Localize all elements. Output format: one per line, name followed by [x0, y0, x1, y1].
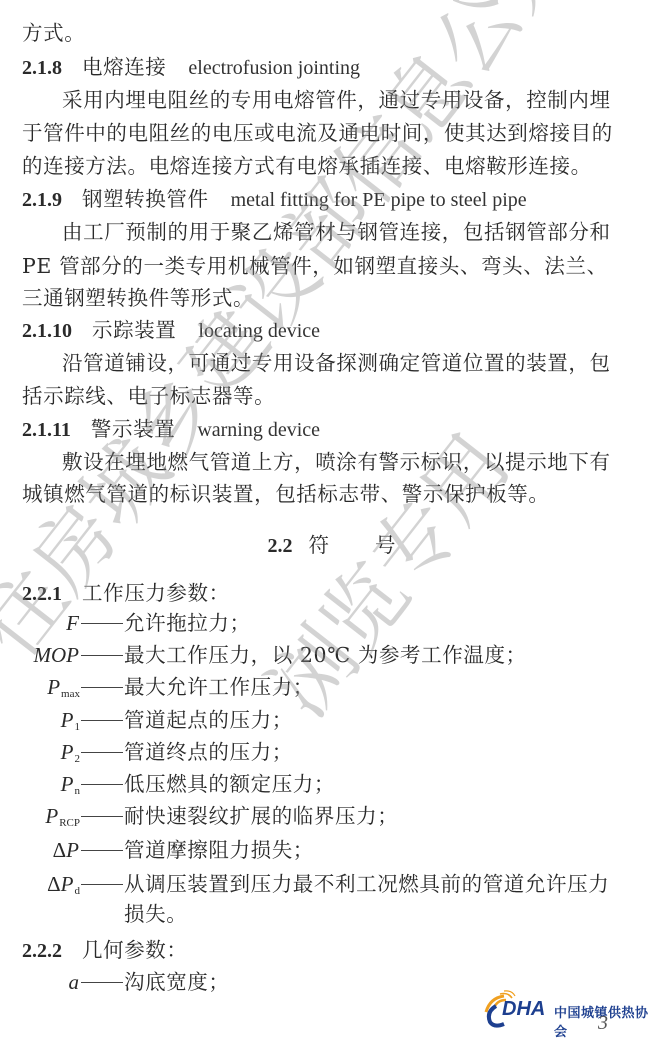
symbol: Pmax: [47, 674, 80, 707]
clause-body-line: 括示踪线、电子标志器等。: [22, 383, 275, 409]
clause-term-en: electrofusion jointing: [188, 57, 360, 79]
symbol-row-continuation: 损失。: [0, 901, 663, 927]
clause-term-en: warning device: [197, 419, 320, 441]
symbol-description: 最大允许工作压力；: [124, 674, 314, 700]
clause-heading-2-1-9: 2.1.9钢塑转换管件metal fitting for PE pipe to …: [22, 186, 527, 213]
symbol-description: 从调压装置到压力最不利工况燃具前的管道允许压力: [124, 871, 609, 897]
em-dash: [81, 720, 123, 721]
symbol-row: F 允许拖拉力；: [0, 610, 663, 636]
symbol-row: ΔPd 从调压装置到压力最不利工况燃具前的管道允许压力: [0, 871, 663, 897]
symbol-description-continuation: 损失。: [124, 901, 187, 927]
clause-heading-2-1-10: 2.1.10示踪装置locating device: [22, 317, 320, 344]
clause-body-line: 于管件中的电阻丝的电压或电流及通电时间，使其达到熔接目的: [22, 120, 613, 146]
section-title-char: 符: [309, 533, 330, 557]
clause-body-line: 三通钢塑转换件等形式。: [22, 285, 254, 311]
clause-term-zh: 示踪装置: [92, 318, 176, 342]
logo-abbreviation: DHA: [502, 998, 545, 1021]
symbol: MOP: [34, 642, 81, 675]
symbol-row: Pmax 最大允许工作压力；: [0, 674, 663, 700]
symbol: P1: [61, 707, 80, 740]
em-dash: [81, 687, 123, 688]
subsection-number: 2.2.1: [22, 583, 62, 605]
clause-term-en: metal fitting for PE pipe to steel pipe: [231, 189, 527, 211]
em-dash: [81, 850, 123, 851]
symbol-row: PRCP 耐快速裂纹扩展的临界压力；: [0, 803, 663, 829]
page-number: 3: [598, 1012, 608, 1035]
section-title: 2.2符号: [0, 528, 663, 558]
symbol-row: P2 管道终点的压力；: [0, 739, 663, 765]
symbol-row: MOP 最大工作压力，以 20℃ 为参考工作温度；: [0, 642, 663, 668]
clause-number: 2.1.8: [22, 57, 62, 79]
symbol: ΔP: [53, 837, 80, 870]
symbol-description: 管道起点的压力；: [124, 707, 293, 733]
clause-term-zh: 电熔连接: [82, 55, 166, 79]
section-number: 2.2: [268, 535, 293, 557]
clause-body-line: 敷设在埋地燃气管道上方，喷涂有警示标识，以提示地下有: [62, 449, 611, 475]
document-page: 方式。 2.1.8电熔连接electrofusion jointing 采用内埋…: [0, 0, 663, 1039]
clause-body-line: 由工厂预制的用于聚乙烯管材与钢管连接，包括钢管部分和: [62, 219, 611, 245]
symbol: a: [69, 969, 81, 1002]
clause-body-line: 城镇燃气管道的标识装置，包括标志带、警示保护板等。: [22, 481, 550, 507]
symbol-description: 耐快速裂纹扩展的临界压力；: [124, 803, 398, 829]
symbol-row: P1 管道起点的压力；: [0, 707, 663, 733]
clause-heading-2-1-11: 2.1.11警示装置warning device: [22, 416, 320, 443]
clause-term-zh: 警示装置: [91, 417, 175, 441]
subsection-title: 工作压力参数：: [82, 581, 230, 605]
symbol-description: 管道终点的压力；: [124, 739, 293, 765]
clause-body-line: 采用内埋电阻丝的专用电熔管件，通过专用设备，控制内埋: [62, 87, 611, 113]
clause-term-zh: 钢塑转换管件: [82, 187, 209, 211]
symbol: PRCP: [45, 803, 80, 836]
symbol-description: 允许拖拉力；: [124, 610, 251, 636]
em-dash: [81, 623, 123, 624]
symbol: F: [66, 610, 80, 643]
clause-number: 2.1.9: [22, 189, 62, 211]
clause-number: 2.1.10: [22, 320, 72, 342]
symbol-description: 沟底宽度；: [124, 969, 230, 995]
subsection-heading-2-2-2: 2.2.2几何参数：: [22, 937, 188, 964]
clause-body-line: 沿管道铺设，可通过专用设备探测确定管道位置的装置，包: [62, 350, 611, 376]
symbol-description: 管道摩擦阻力损失；: [124, 837, 314, 863]
em-dash: [81, 816, 123, 817]
symbol: P2: [61, 739, 80, 772]
clause-heading-2-1-8: 2.1.8电熔连接electrofusion jointing: [22, 54, 360, 81]
em-dash: [81, 784, 123, 785]
symbol-row: Pn 低压燃具的额定压力；: [0, 771, 663, 797]
em-dash: [81, 982, 123, 983]
symbol: Pn: [61, 771, 80, 804]
clause-number: 2.1.11: [22, 419, 71, 441]
symbol: ΔPd: [47, 871, 80, 904]
symbol-description: 低压燃具的额定压力；: [124, 771, 335, 797]
clause-body-line: 的连接方法。电熔连接方式有电熔承插连接、电熔鞍形连接。: [22, 153, 592, 179]
subsection-title: 几何参数：: [82, 938, 188, 962]
continuation-text: 方式。: [22, 20, 85, 46]
em-dash: [81, 884, 123, 885]
symbol-row: ΔP 管道摩擦阻力损失；: [0, 837, 663, 863]
em-dash: [81, 655, 123, 656]
symbol-description: 最大工作压力，以 20℃ 为参考工作温度；: [124, 642, 527, 668]
subsection-number: 2.2.2: [22, 940, 62, 962]
section-title-char: 号: [375, 533, 396, 557]
subsection-heading-2-2-1: 2.2.1工作压力参数：: [22, 580, 230, 607]
em-dash: [81, 752, 123, 753]
cdha-logo: DHA 中国城镇供热协会: [482, 990, 657, 1030]
clause-body-line: PE 管部分的一类专用机械管件，如钢塑直接头、弯头、法兰、: [22, 253, 608, 279]
clause-term-en: locating device: [198, 320, 320, 342]
